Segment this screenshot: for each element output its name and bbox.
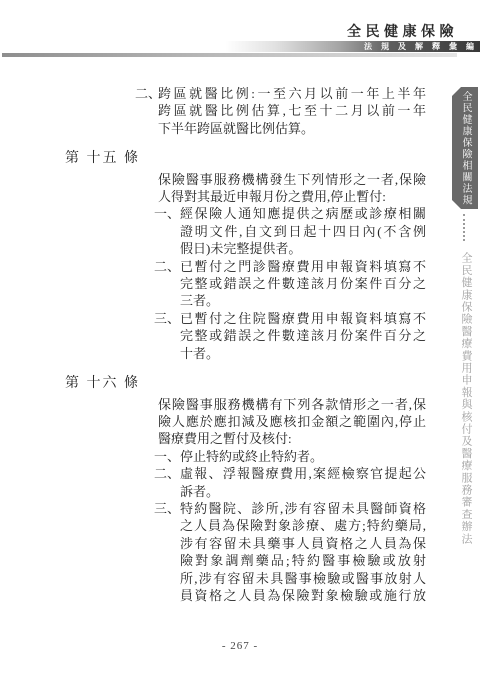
list-item-marker: 二、 xyxy=(135,85,161,102)
edition-bar: 法規及解釋彙編 xyxy=(225,41,480,52)
text-line: 險人應於應扣減及應核扣金額之範圍內,停止 xyxy=(158,413,426,430)
sidebar-tab-label: 全民健康保險相關法規 xyxy=(460,91,470,206)
document-body: 二、跨區就醫比例:一至六月以前一年上半年跨區就醫比例估算,七至十二月以前一年下半… xyxy=(65,85,426,604)
text-line: 跨區就醫比例:一至六月以前一年上半年 xyxy=(158,85,426,102)
list-item-marker: 一、 xyxy=(154,448,180,465)
text-line: 員資格之人員為保險對象檢驗或施行放 xyxy=(180,587,426,604)
paragraph: 保險醫事服務機構有下列各款情形之一者,保險人應於應扣減及應核扣金額之範圍內,停止… xyxy=(158,396,426,448)
list-item-marker: 三、 xyxy=(154,500,180,517)
text-line: 完整或錯誤之件數達該月份案件百分之 xyxy=(180,275,426,292)
text-line: 虛報、浮報醫療費用,案經檢察官提起公 xyxy=(180,465,426,482)
text-line: 醫療費用之暫付及核付: xyxy=(158,430,426,447)
edition-label: 法規及解釋彙編 xyxy=(364,43,480,51)
text-line: 十者。 xyxy=(180,345,426,362)
text-line: 下半年跨區就醫比例估算。 xyxy=(158,120,426,137)
text-line: 證明文件,自文到日起十四日內(不含例 xyxy=(180,223,426,240)
scanned-document-page: 全民健康保險 法規及解釋彙編 全民健康保險相關法規 全民健康保險醫療費用申報與核… xyxy=(0,0,480,681)
list-item-marker: 二、 xyxy=(154,258,180,275)
list-item-marker: 三、 xyxy=(154,310,180,327)
list-item: 二、已暫付之門診醫療費用申報資料填寫不完整或錯誤之件數達該月份案件百分之三者。 xyxy=(180,258,426,310)
text-line: 跨區就醫比例估算,七至十二月以前一年 xyxy=(158,102,426,119)
article-heading: 第 十六 條 xyxy=(65,375,426,392)
article-heading: 第 十五 條 xyxy=(65,150,426,167)
list-item: 三、已暫付之住院醫療費用申報資料填寫不完整或錯誤之件數達該月份案件百分之十者。 xyxy=(180,310,426,362)
list-item-marker: 一、 xyxy=(154,205,180,222)
sidebar-section-label: 全民健康保險醫療費用申報與核付及醫療服務審查辦法 xyxy=(460,252,472,545)
text-line: 特約醫院、診所,涉有容留未具醫師資格 xyxy=(180,500,426,517)
page-number: - 267 - xyxy=(0,641,480,652)
text-line: 已暫付之門診醫療費用申報資料填寫不 xyxy=(180,258,426,275)
list-item: 二、跨區就醫比例:一至六月以前一年上半年跨區就醫比例估算,七至十二月以前一年下半… xyxy=(158,85,426,137)
sidebar-tab: 全民健康保險相關法規 xyxy=(452,87,478,209)
text-line: 停止特約或終止特約者。 xyxy=(180,448,426,465)
text-line: 假日)未完整提供者。 xyxy=(180,240,426,257)
dotted-separator xyxy=(463,214,465,241)
paragraph: 保險醫事服務機構發生下列情形之一者,保險人得對其最近申報月份之費用,停止暫付: xyxy=(158,171,426,206)
text-line: 已暫付之住院醫療費用申報資料填寫不 xyxy=(180,310,426,327)
header-rule xyxy=(2,53,457,57)
list-item: 一、經保險人通知應提供之病歷或診療相關證明文件,自文到日起十四日內(不含例假日)… xyxy=(180,205,426,257)
text-line: 所,涉有容留未具醫事檢驗或醫事放射人 xyxy=(180,570,426,587)
text-line: 保險醫事服務機構發生下列情形之一者,保險 xyxy=(158,171,426,188)
list-item: 二、虛報、浮報醫療費用,案經檢察官提起公訴者。 xyxy=(180,465,426,500)
text-line: 經保險人通知應提供之病歷或診療相關 xyxy=(180,205,426,222)
text-line: 人得對其最近申報月份之費用,停止暫付: xyxy=(158,188,426,205)
list-item: 一、停止特約或終止特約者。 xyxy=(180,448,426,465)
text-line: 險對象調劑藥品;特約醫事檢驗或放射 xyxy=(180,552,426,569)
text-line: 保險醫事服務機構有下列各款情形之一者,保 xyxy=(158,396,426,413)
list-item-marker: 二、 xyxy=(154,465,180,482)
text-line: 三者。 xyxy=(180,292,426,309)
text-line: 涉有容留未具藥事人員資格之人員為保 xyxy=(180,535,426,552)
book-title: 全民健康保險 xyxy=(347,26,458,40)
text-line: 訴者。 xyxy=(180,483,426,500)
list-item: 三、特約醫院、診所,涉有容留未具醫師資格之人員為保險對象診療、處方;特約藥局,涉… xyxy=(180,500,426,604)
text-line: 完整或錯誤之件數達該月份案件百分之 xyxy=(180,327,426,344)
text-line: 之人員為保險對象診療、處方;特約藥局, xyxy=(180,517,426,534)
